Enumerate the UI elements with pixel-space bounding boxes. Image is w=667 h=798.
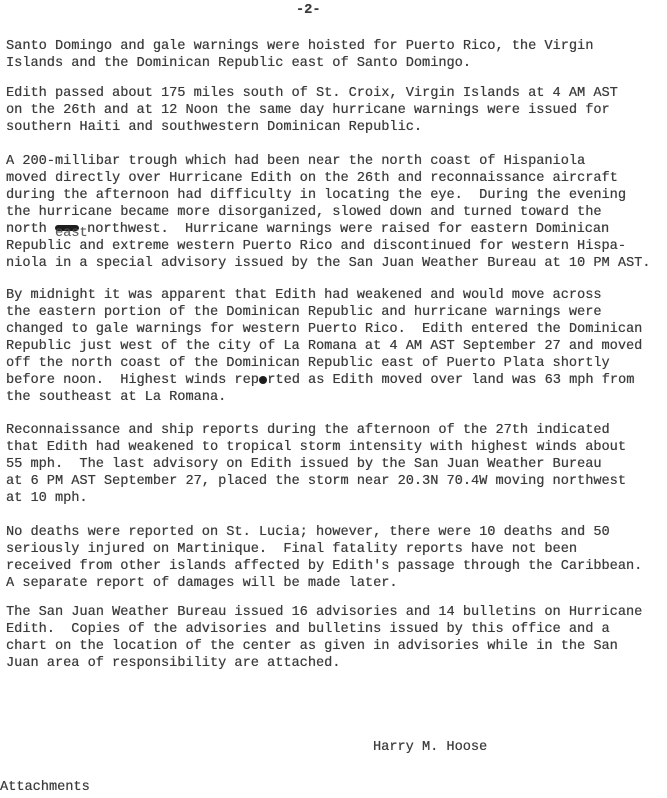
text-line: Edith passed about 175 miles south of St… [6,85,618,102]
text-line: during the afternoon had difficulty in l… [6,187,650,204]
text-line-with-strikeout: north east northwest. Hurricane warnings… [6,221,650,238]
paragraph-casualties: No deaths were reported on St. Lucia; ho… [6,524,642,592]
text-line: Santo Domingo and gale warnings were hoi… [6,38,593,55]
text-line: received from other islands affected by … [6,558,642,575]
text-line: the eastern portion of the Dominican Rep… [6,304,642,321]
signature: Harry M. Hoose [373,739,487,756]
text-line: No deaths were reported on St. Lucia; ho… [6,524,642,541]
text-segment: before noon. Highest winds rep [6,373,259,388]
attachments-label: Attachments [0,779,90,796]
text-line-with-ink-blot: before noon. Highest winds reprted as Ed… [6,372,642,389]
text-line: chart on the location of the center as g… [6,638,642,655]
text-line: Republic just west of the city of La Rom… [6,338,642,355]
page-number: -2- [296,2,320,19]
text-line: niola in a special advisory issued by th… [6,255,650,272]
ink-blot [259,376,267,384]
text-line: the southeast at La Romana. [6,389,642,406]
struck-out-word: east [55,225,79,231]
text-line: A separate report of damages will be mad… [6,575,642,592]
text-line: By midnight it was apparent that Edith h… [6,287,642,304]
text-line: southern Haiti and southwestern Dominica… [6,119,618,136]
text-line: Republic and extreme western Puerto Rico… [6,238,650,255]
text-line: Juan area of responsibility are attached… [6,655,642,672]
text-line: The San Juan Weather Bureau issued 16 ad… [6,604,642,621]
text-line: Islands and the Dominican Republic east … [6,55,593,72]
text-line: Reconnaissance and ship reports during t… [6,422,626,439]
text-line: that Edith had weakened to tropical stor… [6,439,626,456]
paragraph-advisories-issued: The San Juan Weather Bureau issued 16 ad… [6,604,642,672]
text-line: 55 mph. The last advisory on Edith issue… [6,456,626,473]
text-segment: northwest. Hurricane warnings were raise… [79,222,609,237]
paragraph-millibar-trough: A 200-millibar trough which had been nea… [6,153,650,272]
document-page: -2- Santo Domingo and gale warnings were… [0,0,667,798]
text-line: at 10 mph. [6,490,626,507]
text-segment: north [6,222,55,237]
paragraph-edith-passage: Edith passed about 175 miles south of St… [6,85,618,136]
text-line: seriously injured on Martinique. Final f… [6,541,642,558]
text-line: A 200-millibar trough which had been nea… [6,153,650,170]
text-line: on the 26th and at 12 Noon the same day … [6,102,618,119]
text-line: changed to gale warnings for western Pue… [6,321,642,338]
text-line: the hurricane became more disorganized, … [6,204,650,221]
text-line: Edith. Copies of the advisories and bull… [6,621,642,638]
paragraph-midnight-weakening: By midnight it was apparent that Edith h… [6,287,642,406]
paragraph-gale-warnings: Santo Domingo and gale warnings were hoi… [6,38,593,72]
paragraph-reconnaissance-reports: Reconnaissance and ship reports during t… [6,422,626,507]
text-line: at 6 PM AST September 27, placed the sto… [6,473,626,490]
text-line: off the north coast of the Dominican Rep… [6,355,642,372]
text-line: moved directly over Hurricane Edith on t… [6,170,650,187]
text-segment: rted as Edith moved over land was 63 mph… [267,373,634,388]
